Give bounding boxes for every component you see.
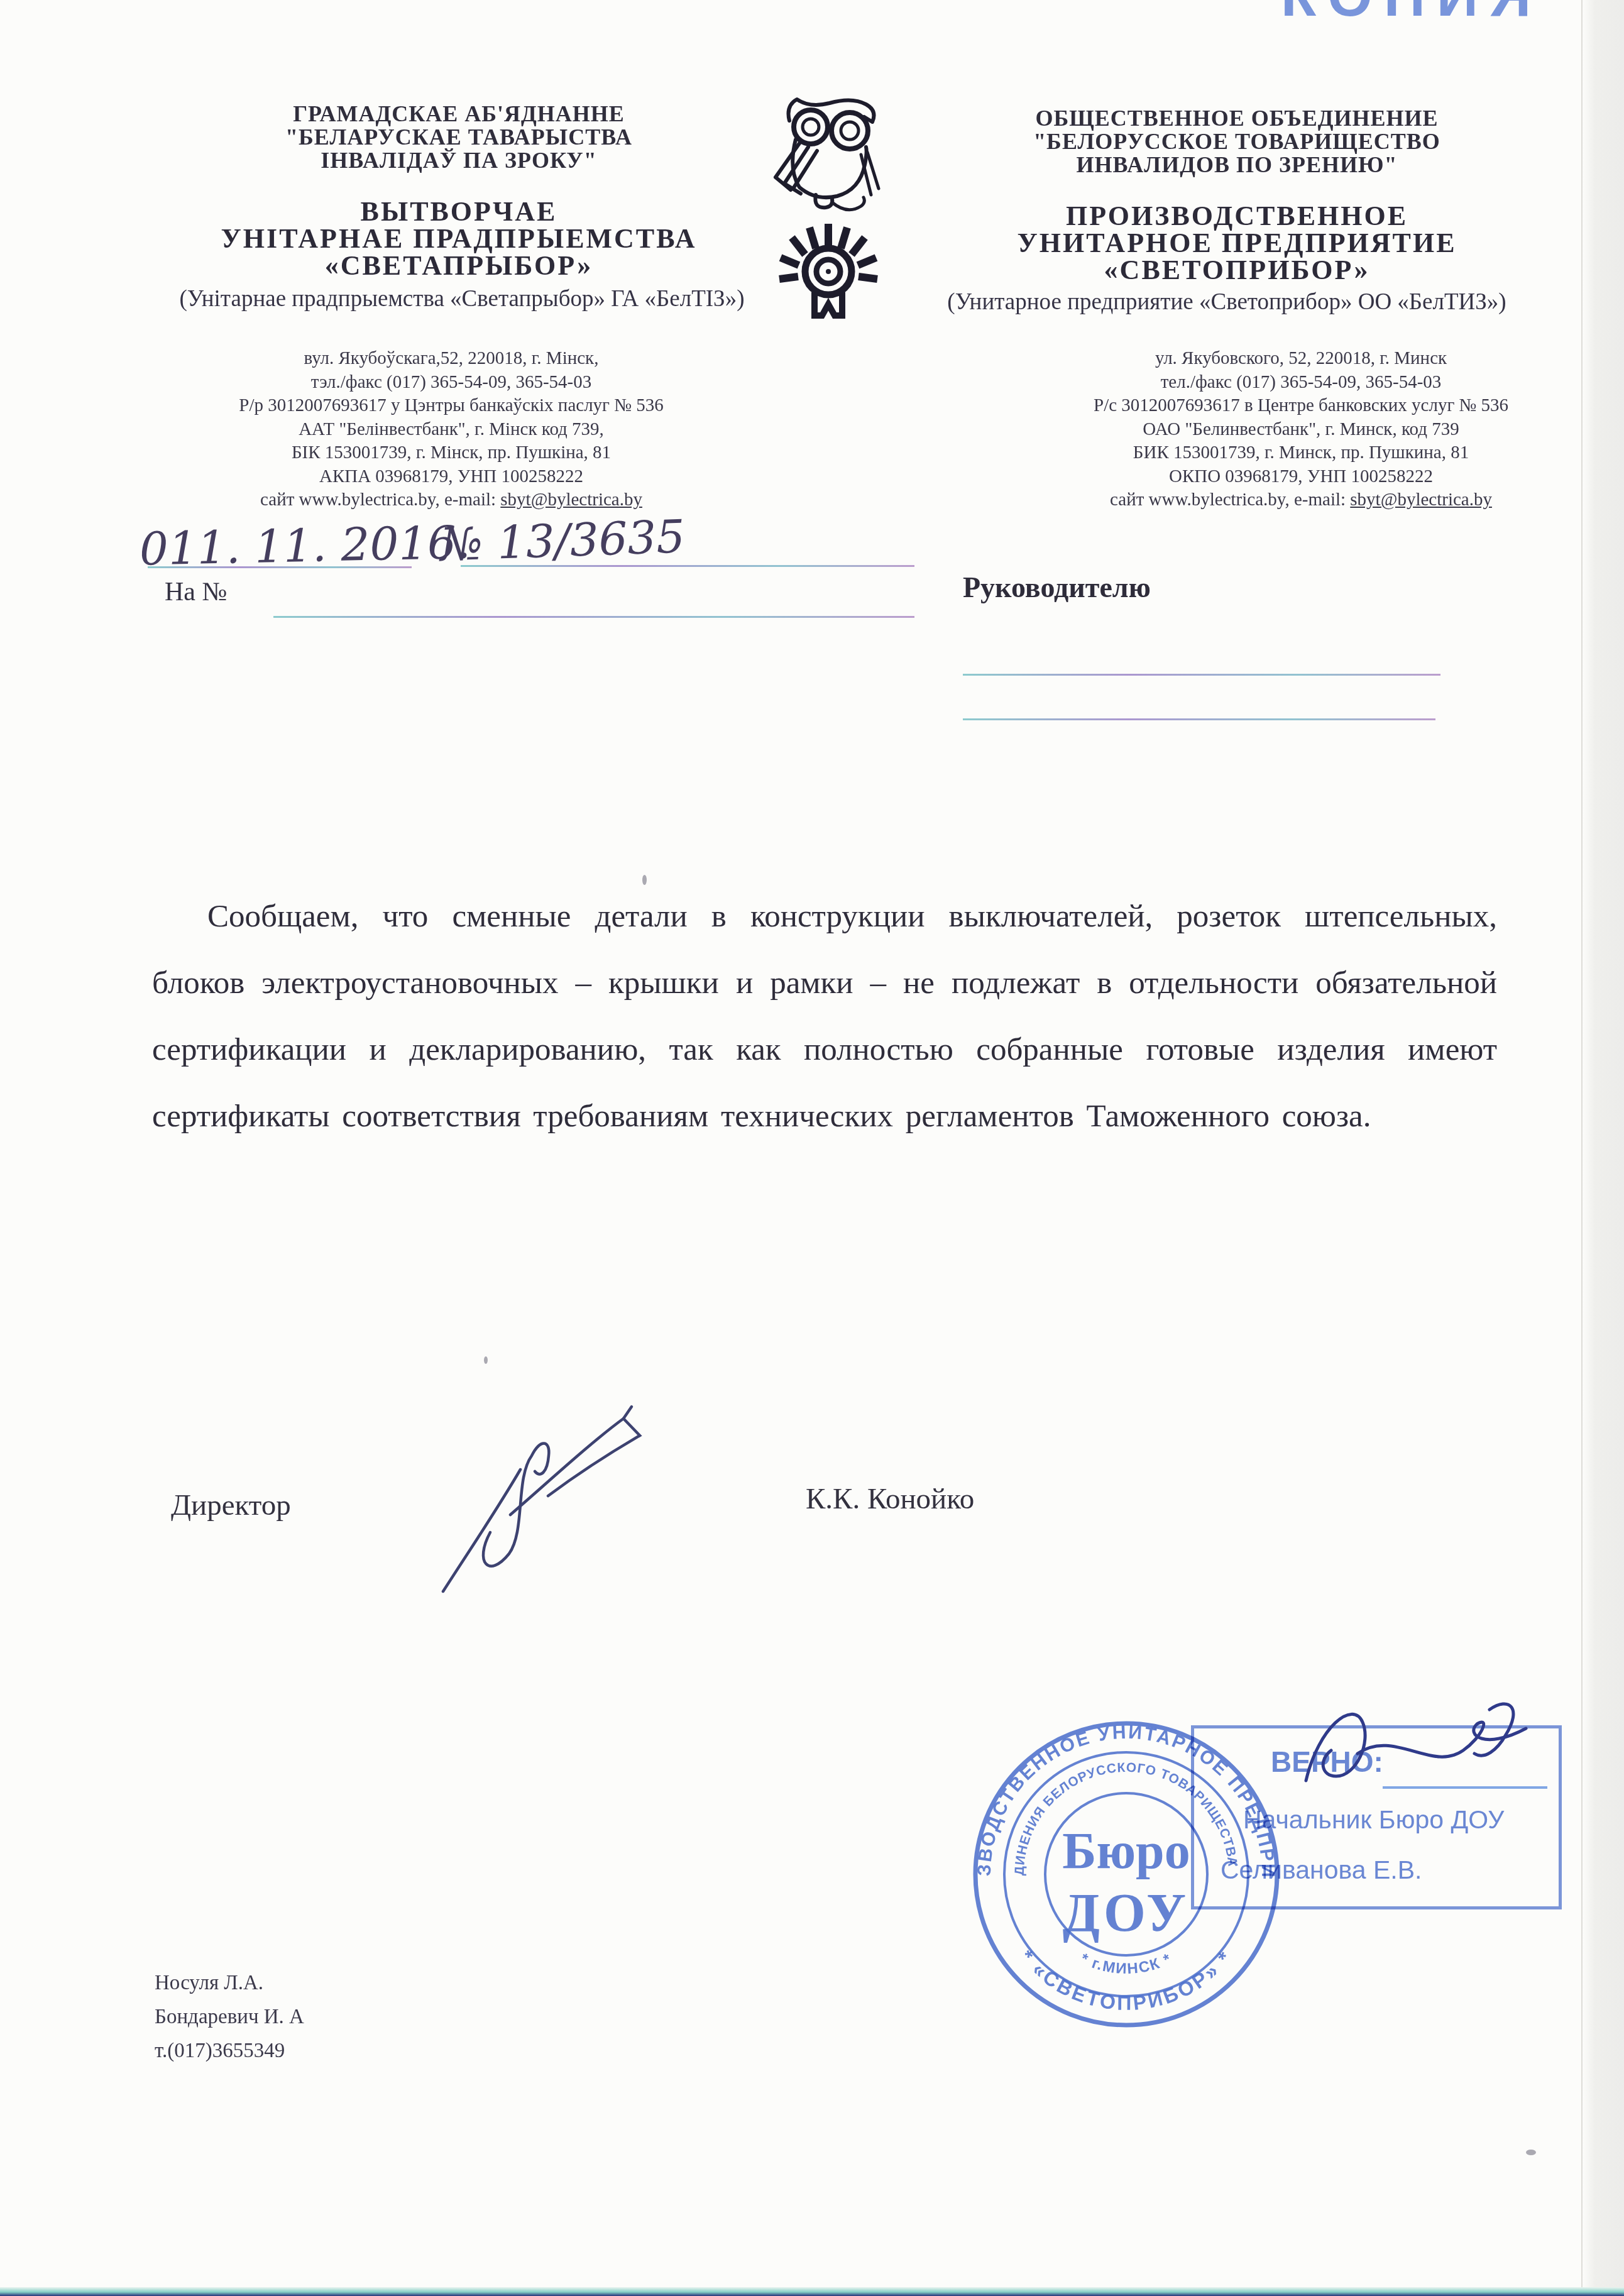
owl-with-glasses-icon: [772, 94, 888, 217]
scan-speck: [642, 875, 647, 885]
right-address-block: ул. Якубовского, 52, 220018, г. Минск те…: [1094, 347, 1508, 512]
address-line: сайт www.bylectrica.by, e-mail: sbyt@byl…: [1094, 488, 1508, 512]
handwritten-outgoing-number: № 13/3635: [439, 510, 686, 571]
right-company-line: УНИТАРНОЕ ПРЕДПРИЯТИЕ: [1017, 229, 1456, 256]
scan-edge-bottom: [0, 2287, 1624, 2296]
scan-speck: [1526, 2150, 1536, 2155]
address-line: Р/с 3012007693617 в Центре банковских ус…: [1094, 394, 1508, 418]
recipient-label: Руководителю: [963, 571, 1151, 604]
address-line: БИК 153001739, г. Минск, пр. Пушкина, 81: [1094, 441, 1508, 465]
date-underline: [148, 566, 412, 568]
address-line: БІК 153001739, г. Мінск, пр. Пушкіна, 81: [239, 441, 663, 465]
left-company-line: «СВЕТАПРЫБОР»: [325, 252, 593, 279]
scanned-letter-page: КОПИЯ ГРАМАДСКАЕ АБ'ЯДНАННЕ "БЕЛАРУСКАЕ …: [0, 0, 1624, 2296]
executor-phone: т.(017)3655349: [155, 2034, 304, 2068]
email-text: sbyt@bylectrica.by: [1350, 490, 1492, 510]
address-line: тел./факс (017) 365-54-09, 365-54-03: [1094, 371, 1508, 395]
sun-gear-emblem-icon: [778, 221, 879, 321]
director-signature: [415, 1383, 654, 1603]
address-line: ААТ "Белінвестбанк", г. Мінск код 739,: [239, 418, 663, 442]
address-line: ОАО "Белинвестбанк", г. Минск, код 739: [1094, 418, 1508, 442]
address-line: ОКПО 03968179, УНП 100258222: [1094, 465, 1508, 489]
address-line: сайт www.bylectrica.by, e-mail: sbyt@byl…: [239, 488, 663, 512]
executor-block: Носуля Л.А. Бондаревич И. А т.(017)36553…: [155, 1966, 304, 2068]
right-org-line: "БЕЛОРУССКОЕ ТОВАРИЩЕСТВО: [1033, 130, 1440, 153]
recipient-line-1: [963, 674, 1440, 676]
left-company-line: УНІТАРНАЕ ПРАДПРЫЕМСТВА: [221, 225, 697, 252]
right-company-line: «СВЕТОПРИБОР»: [1104, 256, 1370, 283]
right-company-subtitle: (Унитарное предприятие «Светоприбор» ОО …: [947, 290, 1506, 314]
number-underline: [461, 565, 914, 567]
letter-body-paragraph: Сообщаем, что сменные детали в конструкц…: [152, 883, 1497, 1150]
scan-edge-right: [1581, 0, 1624, 2296]
executor-name: Бондаревич И. А: [155, 2000, 304, 2034]
address-line: Р/р 3012007693617 у Цэнтры банкаўскіх па…: [239, 394, 663, 418]
verifier-signature: [1282, 1689, 1540, 1799]
right-company-line: ПРОИЗВОДСТВЕННОЕ: [1066, 202, 1408, 229]
address-line: тэл./факс (017) 365-54-09, 365-54-03: [239, 371, 663, 395]
scan-speck: [484, 1356, 488, 1364]
left-org-line: ГРАМАДСКАЕ АБ'ЯДНАННЕ: [293, 102, 625, 126]
copy-stamp: КОПИЯ: [1281, 0, 1542, 30]
address-line: АКПА 03968179, УНП 100258222: [239, 465, 663, 489]
address-line: ул. Якубовского, 52, 220018, г. Минск: [1094, 347, 1508, 371]
website-text: сайт www.bylectrica.by, e-mail:: [1110, 490, 1350, 510]
stamp-center-line-2: ДОУ: [1063, 1882, 1190, 1943]
stamp-center-line-1: Бюро: [1062, 1822, 1190, 1879]
left-org-line: ІНВАЛІДАЎ ПА ЗРОКУ": [321, 149, 596, 172]
reply-to-label: На №: [165, 577, 228, 607]
website-text: сайт www.bylectrica.by, e-mail:: [260, 490, 500, 510]
right-org-line: ИНВАЛИДОВ ПО ЗРЕНИЮ": [1077, 153, 1398, 177]
reply-underline: [273, 616, 914, 618]
left-company-subtitle: (Унітарнае прадпрыемства «Светапрыбор» Г…: [180, 287, 745, 311]
email-text: sbyt@bylectrica.by: [500, 490, 642, 510]
address-line: вул. Якубоўскага,52, 220018, г. Мінск,: [239, 347, 663, 371]
signer-name: К.К. Конойко: [806, 1482, 974, 1516]
left-org-line: "БЕЛАРУСКАЕ ТАВАРЫСТВА: [285, 126, 632, 149]
executor-name: Носуля Л.А.: [155, 1966, 304, 2000]
verifier-name: Селиванова Е.В.: [1221, 1855, 1422, 1885]
left-address-block: вул. Якубоўскага,52, 220018, г. Мінск, т…: [239, 347, 663, 512]
recipient-line-2: [963, 718, 1435, 720]
signer-title: Директор: [171, 1488, 291, 1522]
right-org-line: ОБЩЕСТВЕННОЕ ОБЪЕДИНЕНИЕ: [1035, 107, 1438, 130]
verifier-position: Начальник Бюро ДОУ: [1243, 1805, 1504, 1835]
left-company-line: ВЫТВОРЧАЕ: [361, 198, 557, 225]
